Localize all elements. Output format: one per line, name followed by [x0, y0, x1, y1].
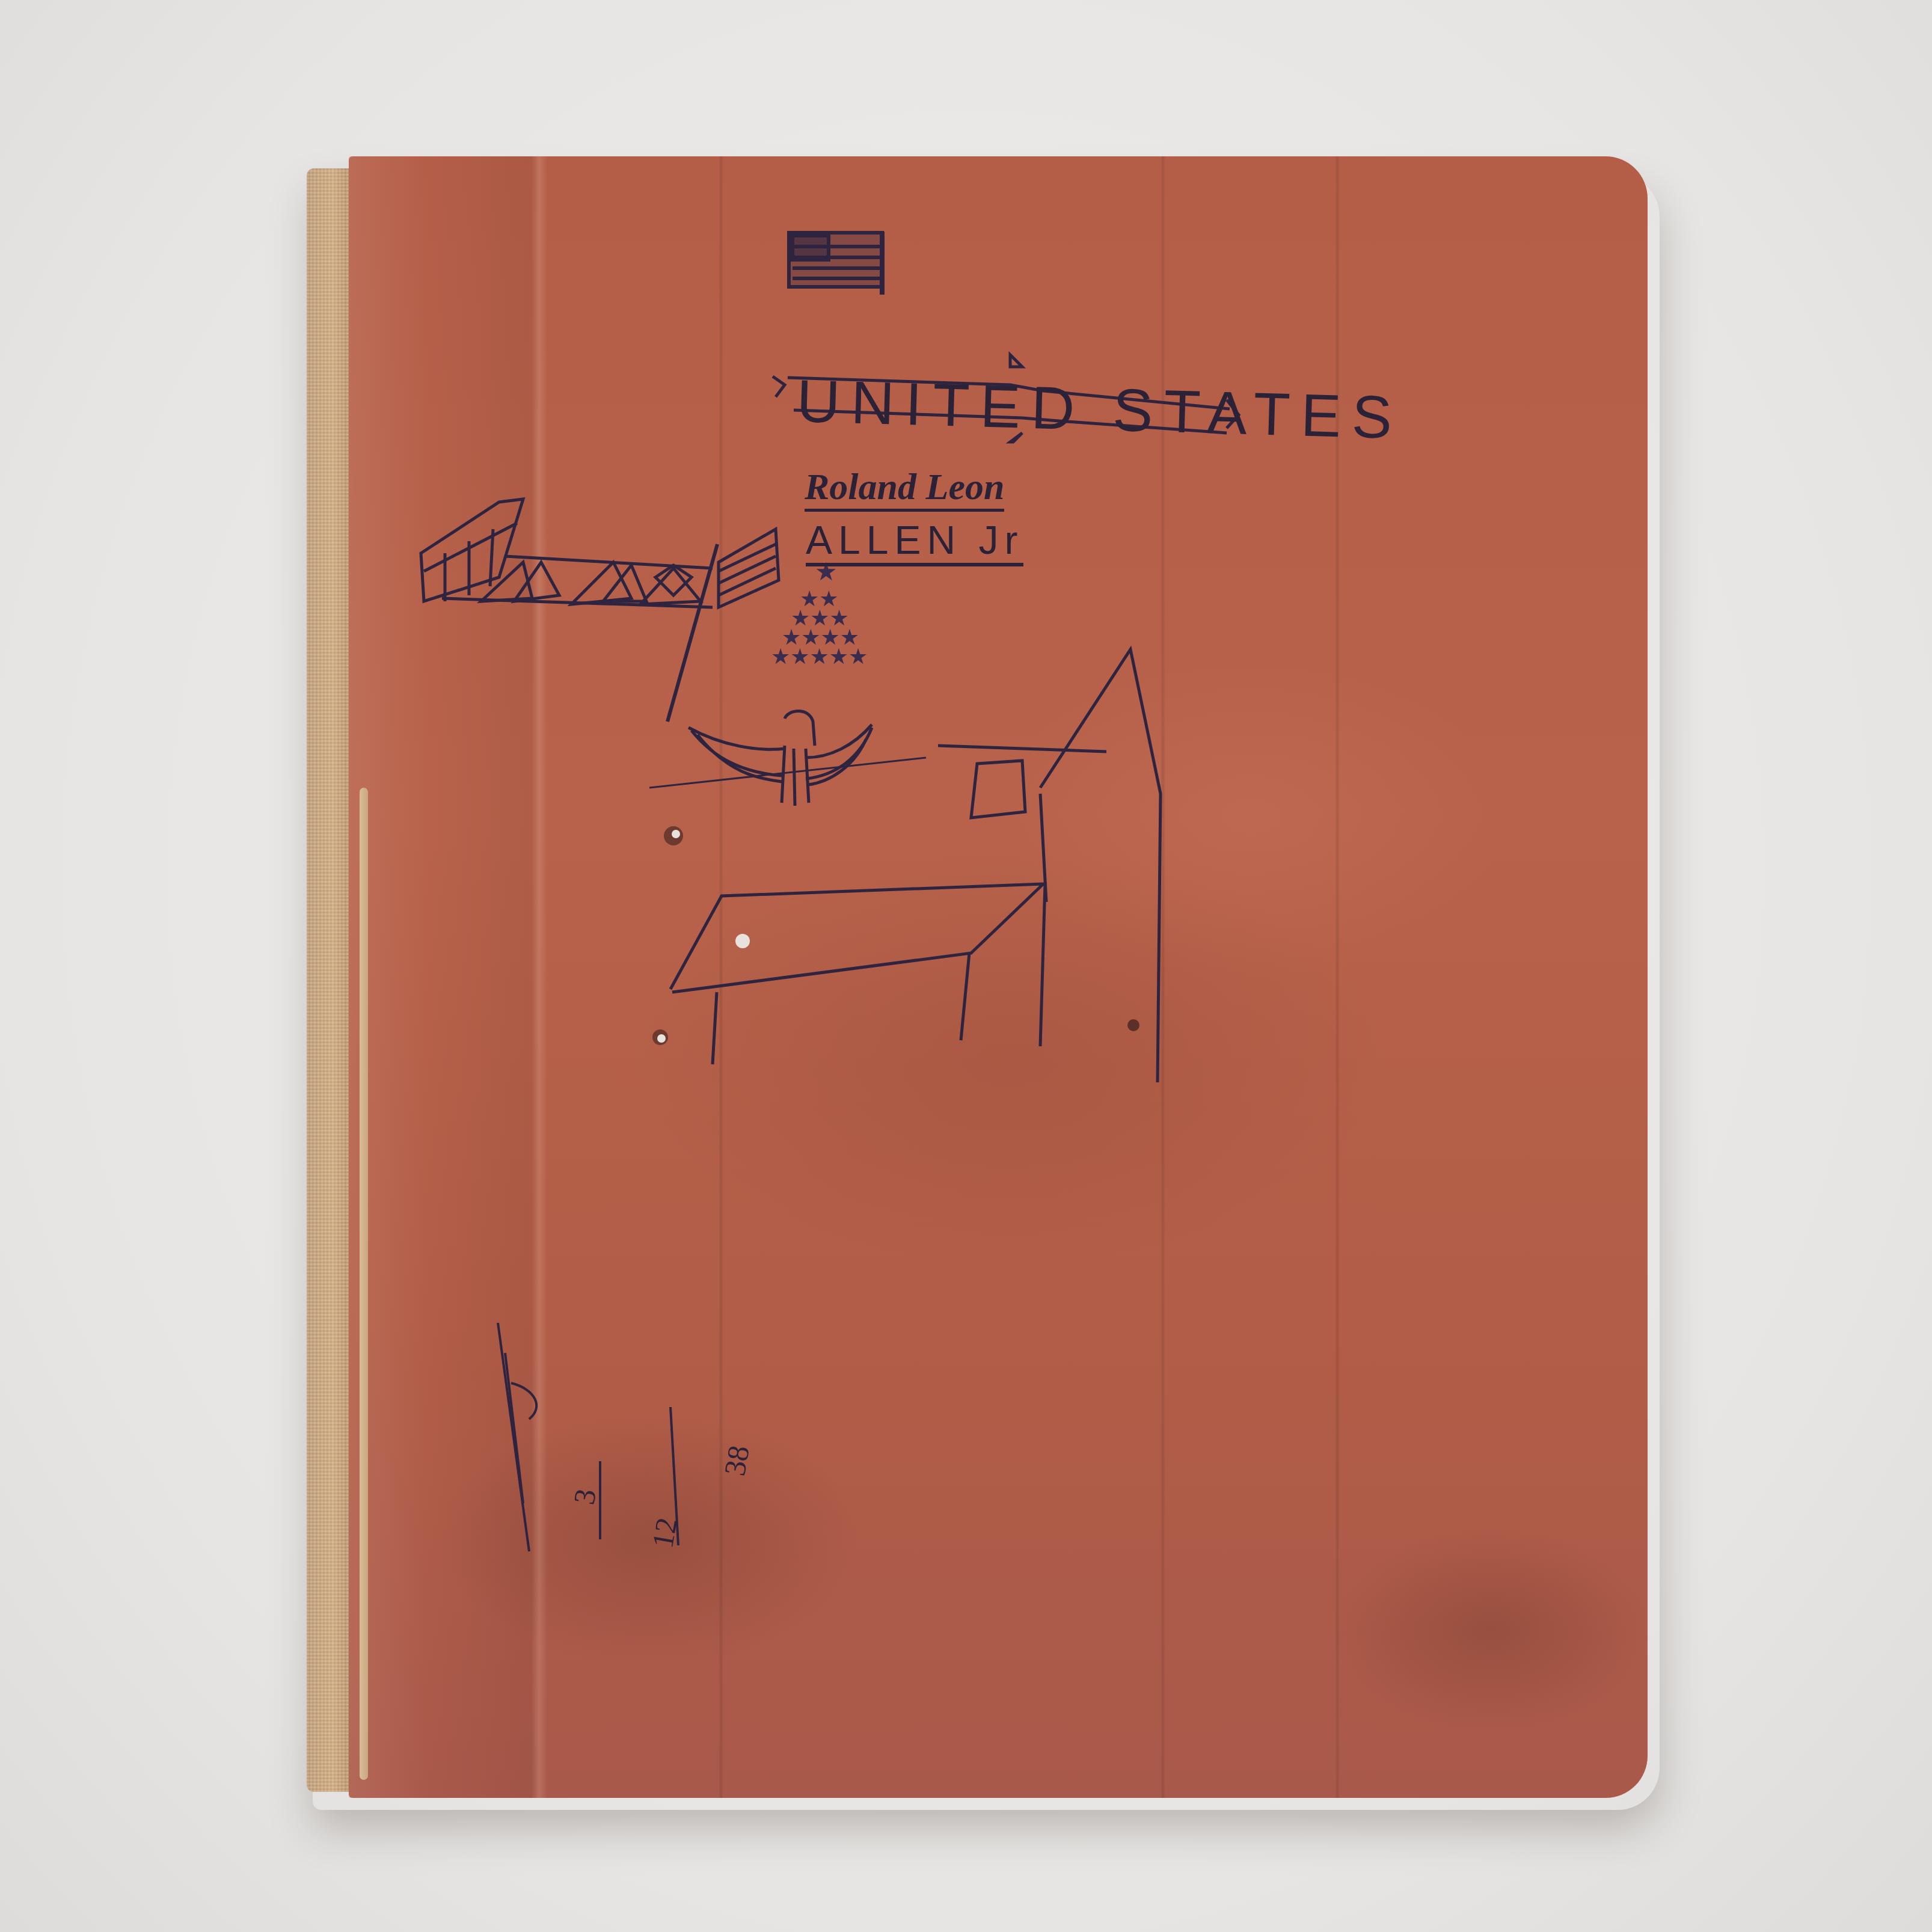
cover-title: UNITED STATES	[796, 367, 1403, 453]
owner-name-last: ALLEN Jr	[806, 517, 1023, 566]
owner-name-first: Roland Leon	[805, 466, 1004, 512]
math-scribble: 12	[645, 1515, 684, 1550]
math-scribble: 3	[566, 1486, 603, 1507]
math-scribble: 38	[717, 1443, 756, 1478]
cover-text-layer: UNITED STATES Roland Leon ALLEN Jr 3 12 …	[0, 0, 1932, 1932]
